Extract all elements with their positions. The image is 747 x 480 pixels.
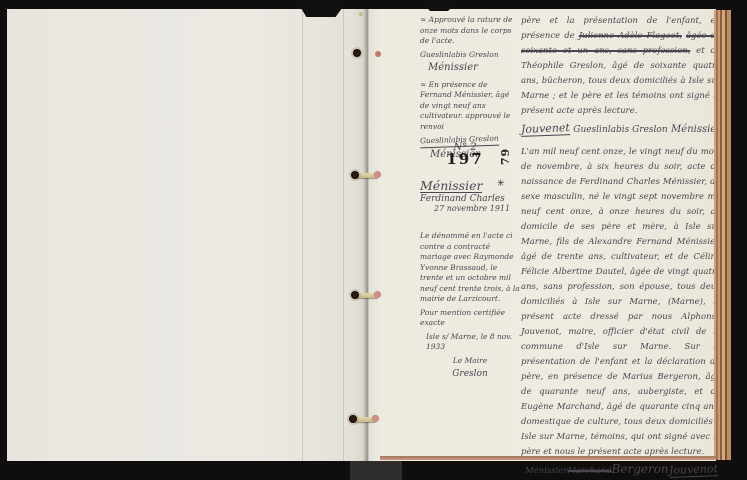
binding-tie-end (374, 171, 381, 178)
certification-place-date: Isle s/ Marne, le 8 nov. 1933 (426, 332, 520, 353)
binding-hole (351, 291, 359, 299)
page-stack-edge (714, 10, 731, 460)
register-scan: ≈ Approuvé la rature de onze mots dans l… (0, 0, 747, 480)
signature-greslon: Gueslinlabis Greslon (573, 125, 667, 135)
struck-witness-name: Julienne Adèle Flageot, (579, 31, 682, 41)
signature-marchand: Marchand (567, 466, 611, 476)
birth-act: L'an mil neuf cent onze, le vingt neuf d… (521, 145, 721, 477)
book-stand-shadow (350, 461, 402, 480)
binding-hole (351, 171, 359, 179)
signature-menissier: Ménissier (525, 466, 567, 476)
act-name: Ménissier (420, 181, 482, 193)
approval-note: ≈ Approuvé la rature de onze mots dans l… (420, 15, 520, 47)
previous-act-signatures: Jouvenet Gueslinlabis Greslon Ménissier (521, 122, 721, 136)
paper-crease (302, 9, 303, 461)
previous-act: père et la présentation de l'enfant, en … (521, 14, 721, 136)
right-register-page: ≈ Approuvé la rature de onze mots dans l… (366, 9, 716, 461)
margin-annotations-top: ≈ Approuvé la rature de onze mots dans l… (420, 15, 520, 163)
act-margin-header: Ménissier Ferdinand Charles 27 novembre … (420, 181, 520, 215)
birth-act-text: L'an mil neuf cent onze, le vingt neuf d… (521, 145, 721, 460)
approval-signature-menissier: Ménissier (428, 63, 520, 74)
marriage-mention-text: Le dénommé en l'acte ci contre a contrac… (420, 231, 520, 305)
binding-tie-end (374, 291, 381, 298)
approval-signatures: Gueslinlabis Greslon (420, 50, 520, 61)
signature-jouvenet: Jouvenet (521, 121, 570, 137)
signature-bergeron: Bergeron (612, 462, 669, 476)
paper-speck (359, 12, 363, 16)
mayor-signature: Greslon (420, 369, 520, 380)
binding-hole (349, 415, 357, 423)
page-fold (363, 9, 369, 461)
marriage-mention: Le dénommé en l'acte ci contre a contrac… (420, 231, 520, 383)
red-ink-dot (375, 51, 381, 57)
page-number-stamp: 79 (499, 148, 512, 165)
register-number-stamp: 197 (422, 154, 508, 165)
birth-act-signatures: Ménissier Marchand Bergeron Jouvenot (521, 462, 721, 477)
binding-tie-end (372, 415, 379, 422)
signature-jouvenot: Jouvenot (668, 462, 717, 478)
certification-title: Le Maire (420, 356, 520, 367)
certification-line: Pour mention certifiée exacte (420, 308, 520, 329)
act-number-block: N° 2 197 (422, 143, 508, 164)
previous-act-text: père et la présentation de l'enfant, en … (521, 14, 721, 119)
left-blank-page (7, 9, 366, 461)
binding-hole (353, 49, 361, 57)
renvoi-note: ≈ En présence de Fernand Ménissier, âgé … (420, 80, 520, 133)
page-bottom-edge (380, 456, 716, 460)
act-date: 27 novembre 1911 (434, 204, 520, 215)
paper-crease (343, 9, 344, 461)
act-firstnames: Ferdinand Charles (420, 194, 520, 205)
